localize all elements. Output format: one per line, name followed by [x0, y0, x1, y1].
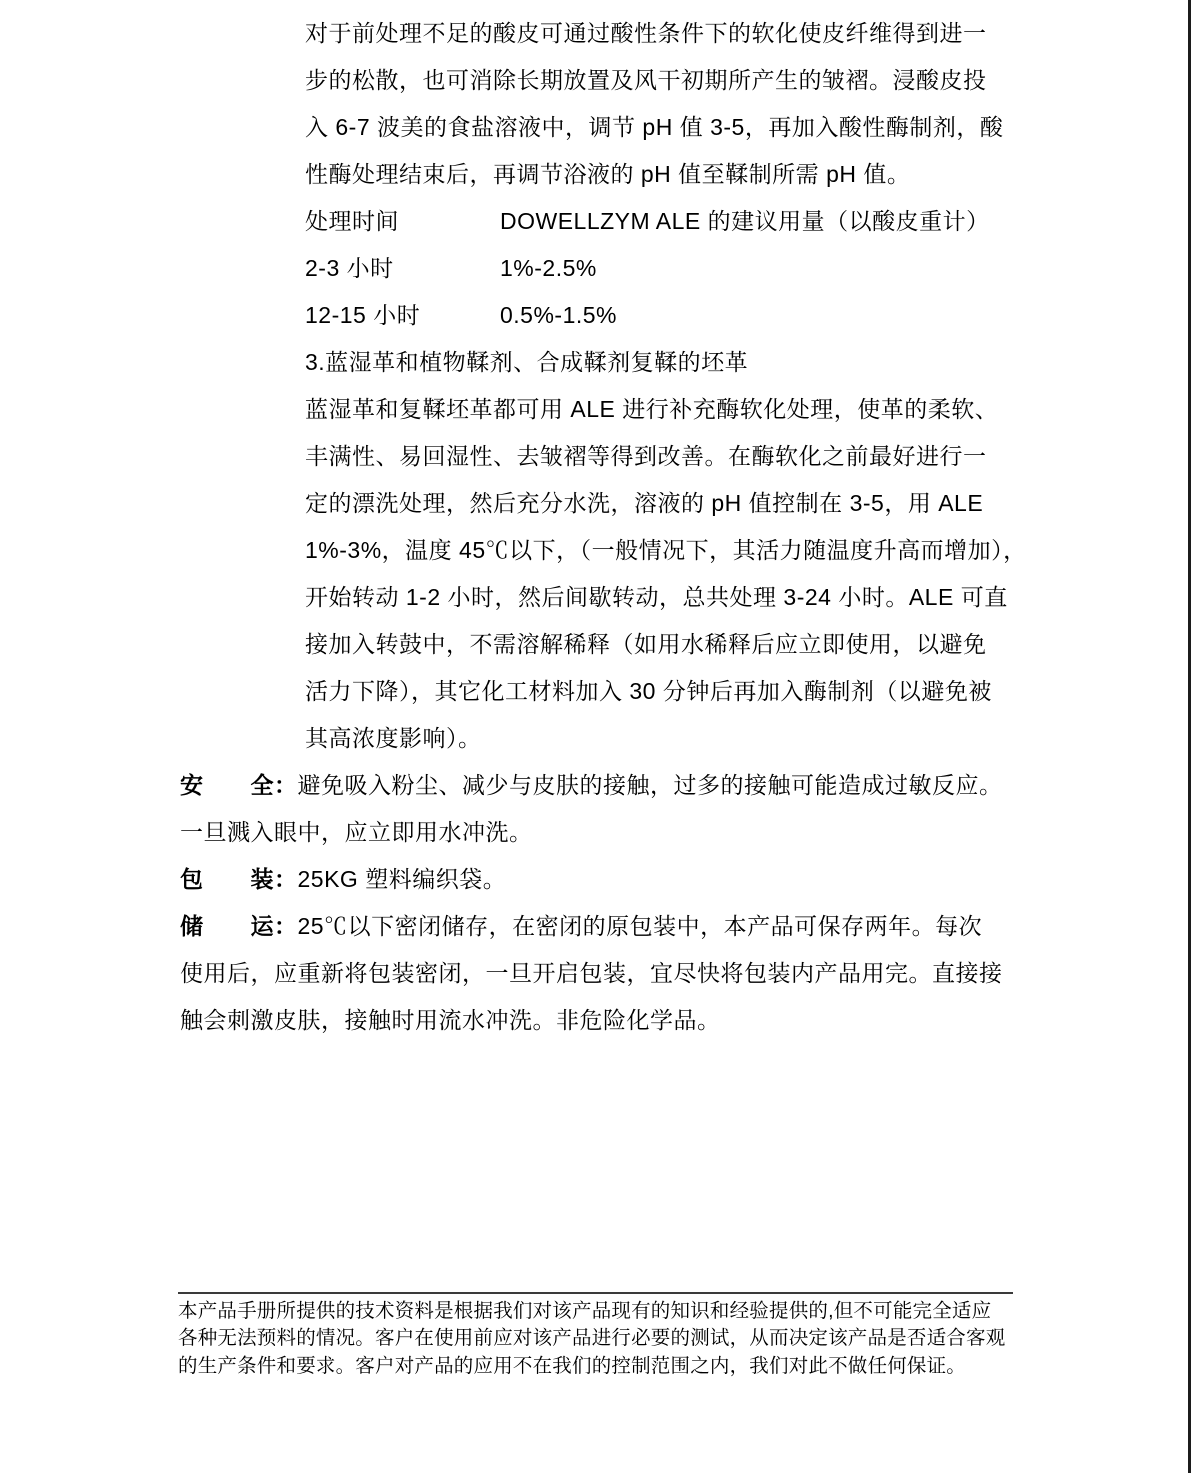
body-line: 步的松散，也可消除长期放置及风干初期所产生的皱褶。浸酸皮投	[305, 57, 1016, 104]
dosage-table-row: 2-3 小时 1%-2.5%	[305, 245, 1016, 292]
dosage-table-header-time: 处理时间	[305, 198, 500, 245]
storage-label: 储 运：	[180, 913, 298, 939]
dosage-time: 2-3 小时	[305, 245, 500, 292]
footer-line: 的生产条件和要求。客户对产品的应用不在我们的控制范围之内，我们对此不做任何保证。	[178, 1353, 1013, 1380]
document-page: 对于前处理不足的酸皮可通过酸性条件下的软化使皮纤维得到进一 步的松散，也可消除长…	[0, 0, 1191, 1473]
footer-line: 各种无法预料的情况。客户在使用前应对该产品进行必要的测试，从而决定该产品是否适合…	[178, 1325, 1013, 1352]
safety-line: 一旦溅入眼中，应立即用水冲洗。	[180, 809, 1016, 856]
safety-label: 安 全：	[180, 772, 298, 798]
packaging-label: 包 装：	[180, 866, 298, 892]
dosage-table-row: 12-15 小时 0.5%-1.5%	[305, 292, 1016, 339]
packaging-text: 25KG 塑料编织袋。	[298, 866, 507, 892]
section3-heading: 3.蓝湿革和植物鞣剂、合成鞣剂复鞣的坯革	[305, 339, 1016, 386]
body-line: 1%-3%，温度 45℃以下，（一般情况下，其活力随温度升高而增加），	[305, 527, 1016, 574]
storage-line: 使用后，应重新将包装密闭，一旦开启包装，宜尽快将包装内产品用完。直接接	[180, 950, 1016, 997]
body-line: 对于前处理不足的酸皮可通过酸性条件下的软化使皮纤维得到进一	[305, 10, 1016, 57]
storage-line: 储 运：25℃以下密闭储存，在密闭的原包装中，本产品可保存两年。每次	[180, 903, 1016, 950]
document-body: 对于前处理不足的酸皮可通过酸性条件下的软化使皮纤维得到进一 步的松散，也可消除长…	[180, 10, 1016, 1044]
dosage-time: 12-15 小时	[305, 292, 500, 339]
body-line: 入 6-7 波美的食盐溶液中，调节 pH 值 3-5，再加入酸性酶制剂，酸	[305, 104, 1016, 151]
body-line: 接加入转鼓中，不需溶解稀释（如用水稀释后应立即使用，以避免	[305, 621, 1016, 668]
body-line: 定的漂洗处理，然后充分水洗，溶液的 pH 值控制在 3-5，用 ALE	[305, 480, 1016, 527]
storage-text: 25℃以下密闭储存，在密闭的原包装中，本产品可保存两年。每次	[298, 913, 983, 939]
body-line: 其高浓度影响）。	[305, 715, 1016, 762]
body-line: 开始转动 1-2 小时，然后间歇转动，总共处理 3-24 小时。ALE 可直	[305, 574, 1016, 621]
safety-text: 避免吸入粉尘、减少与皮肤的接触，过多的接触可能造成过敏反应。	[298, 772, 1003, 798]
storage-line: 触会刺激皮肤，接触时用流水冲洗。非危险化学品。	[180, 997, 1016, 1044]
body-line: 丰满性、易回湿性、去皱褶等得到改善。在酶软化之前最好进行一	[305, 433, 1016, 480]
dosage-table-header: 处理时间 DOWELLZYM ALE 的建议用量（以酸皮重计）	[305, 198, 1016, 245]
disclaimer-footer: 本产品手册所提供的技术资料是根据我们对该产品现有的知识和经验提供的,但不可能完全…	[178, 1292, 1013, 1380]
safety-line: 安 全：避免吸入粉尘、减少与皮肤的接触，过多的接触可能造成过敏反应。	[180, 762, 1016, 809]
body-line: 性酶处理结束后，再调节浴液的 pH 值至鞣制所需 pH 值。	[305, 151, 1016, 198]
body-line: 蓝湿革和复鞣坯革都可用 ALE 进行补充酶软化处理，使革的柔软、	[305, 386, 1016, 433]
body-line: 活力下降），其它化工材料加入 30 分钟后再加入酶制剂（以避免被	[305, 668, 1016, 715]
packaging-line: 包 装：25KG 塑料编织袋。	[180, 856, 1016, 903]
footer-line: 本产品手册所提供的技术资料是根据我们对该产品现有的知识和经验提供的,但不可能完全…	[178, 1298, 1013, 1325]
dosage-amount: 0.5%-1.5%	[500, 292, 617, 339]
dosage-amount: 1%-2.5%	[500, 245, 597, 292]
dosage-table-header-amount: DOWELLZYM ALE 的建议用量（以酸皮重计）	[500, 198, 990, 245]
